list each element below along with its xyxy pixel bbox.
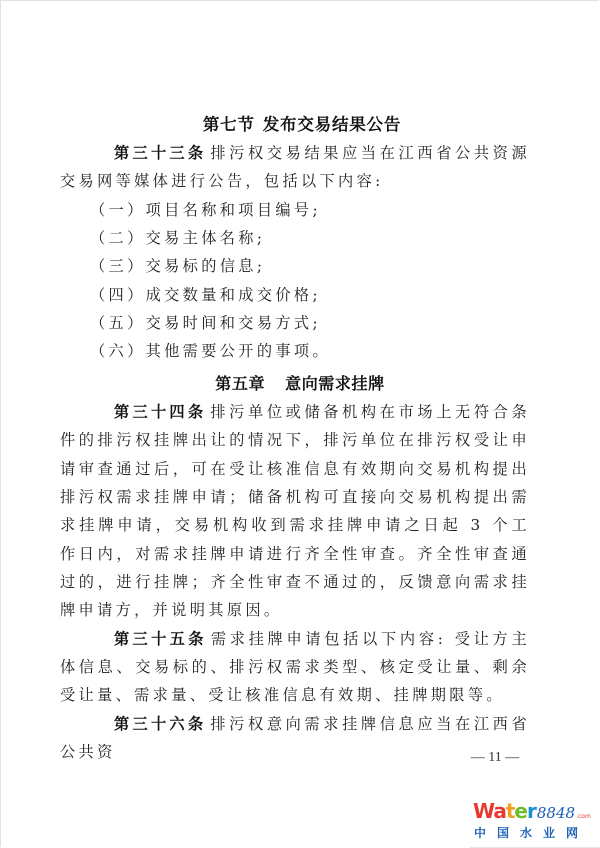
chapter-heading: 第五章意向需求挂牌 [0,372,600,396]
wm-letter: a [493,799,506,823]
list-item: （四）成交数量和成交价格; [60,281,530,309]
watermark-chinese-name: 中国水业网 [474,824,589,841]
article-label: 第三十四条 [114,403,206,421]
section-number: 第七节 [203,115,255,134]
section-heading: 第七节发布交易结果公告 [0,113,600,137]
wm-letter: e [514,799,527,823]
wm-letter: W [473,799,493,823]
article-label: 第三十三条 [114,144,206,162]
article-34: 第三十四条排污单位或储备机构在市场上无符合条件的排污权挂牌出让的情况下，排污单位… [60,398,530,625]
article-text: 排污单位或储备机构在市场上无符合条件的排污权挂牌出让的情况下，排污单位在排污权受… [60,403,530,619]
page-number: — 11 — [465,750,525,766]
list-item: （二）交易主体名称; [60,224,530,252]
article-label: 第三十五条 [114,630,207,648]
article-36: 第三十六条排污权意向需求挂牌信息应当在江西省公共资 [60,710,530,767]
wm-domain-suffix: .com [576,813,591,820]
article-33: 第三十三条排污权交易结果应当在江西省公共资源交易网等媒体进行公告，包括以下内容: [60,139,530,196]
list-item: （六）其他需要公开的事项。 [60,337,530,365]
list-item: （一）项目名称和项目编号; [60,196,530,224]
watermark-logo: Water8848.com 中国水业网 [470,800,600,848]
section-title: 发布交易结果公告 [263,115,401,134]
chapter-title: 意向需求挂牌 [285,374,385,393]
chapter-number: 第五章 [215,374,265,393]
article-label: 第三十六条 [114,715,206,733]
list-item: （五）交易时间和交易方式; [60,309,530,337]
article-35: 第三十五条需求挂牌申请包括以下内容: 受让方主体信息、交易标的、排污权需求类型、… [60,625,530,710]
chapter-body: 第三十四条排污单位或储备机构在市场上无符合条件的排污权挂牌出让的情况下，排污单位… [60,398,530,766]
wm-number: 8848 [537,804,575,822]
wm-letter: r [527,799,536,823]
list-item: （三）交易标的信息; [60,252,530,280]
article-33-block: 第三十三条排污权交易结果应当在江西省公共资源交易网等媒体进行公告，包括以下内容:… [60,139,530,366]
